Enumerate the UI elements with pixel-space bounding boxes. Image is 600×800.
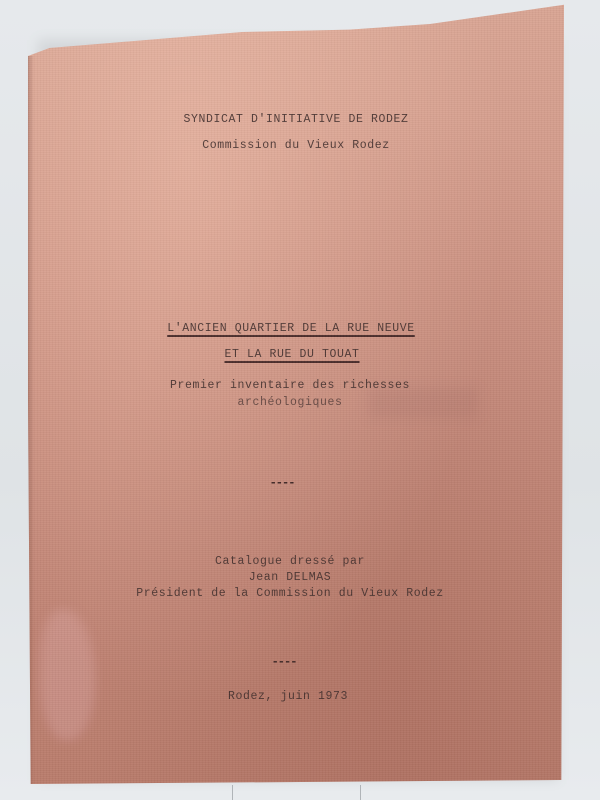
title-line-1: L'ANCIEN QUARTIER DE LA RUE NEUVE [23,322,559,335]
separator-dash-2: ---- [16,655,552,669]
subtitle-line-2: archéologiques [22,396,558,409]
credit-line-role: Président de la Commission du Vieux Rode… [22,587,558,600]
stand-edge-left [232,785,233,800]
credit-line-catalogue: Catalogue dressé par [22,555,558,568]
organization-name: SYNDICAT D'INITIATIVE DE RODEZ [28,113,564,126]
separator-dash-1: ---- [14,476,550,490]
place-and-date: Rodez, juin 1973 [20,690,556,703]
credit-line-author: Jean DELMAS [22,571,558,584]
booklet-spine-edge [28,56,34,786]
booklet-cover: SYNDICAT D'INITIATIVE DE RODEZ Commissio… [28,0,564,800]
faded-stain [40,610,95,740]
commission-name: Commission du Vieux Rodez [28,139,564,152]
title-line-2: ET LA RUE DU TOUAT [24,348,560,361]
stand-edge-right [360,785,361,800]
subtitle-line-1: Premier inventaire des richesses [22,379,558,392]
